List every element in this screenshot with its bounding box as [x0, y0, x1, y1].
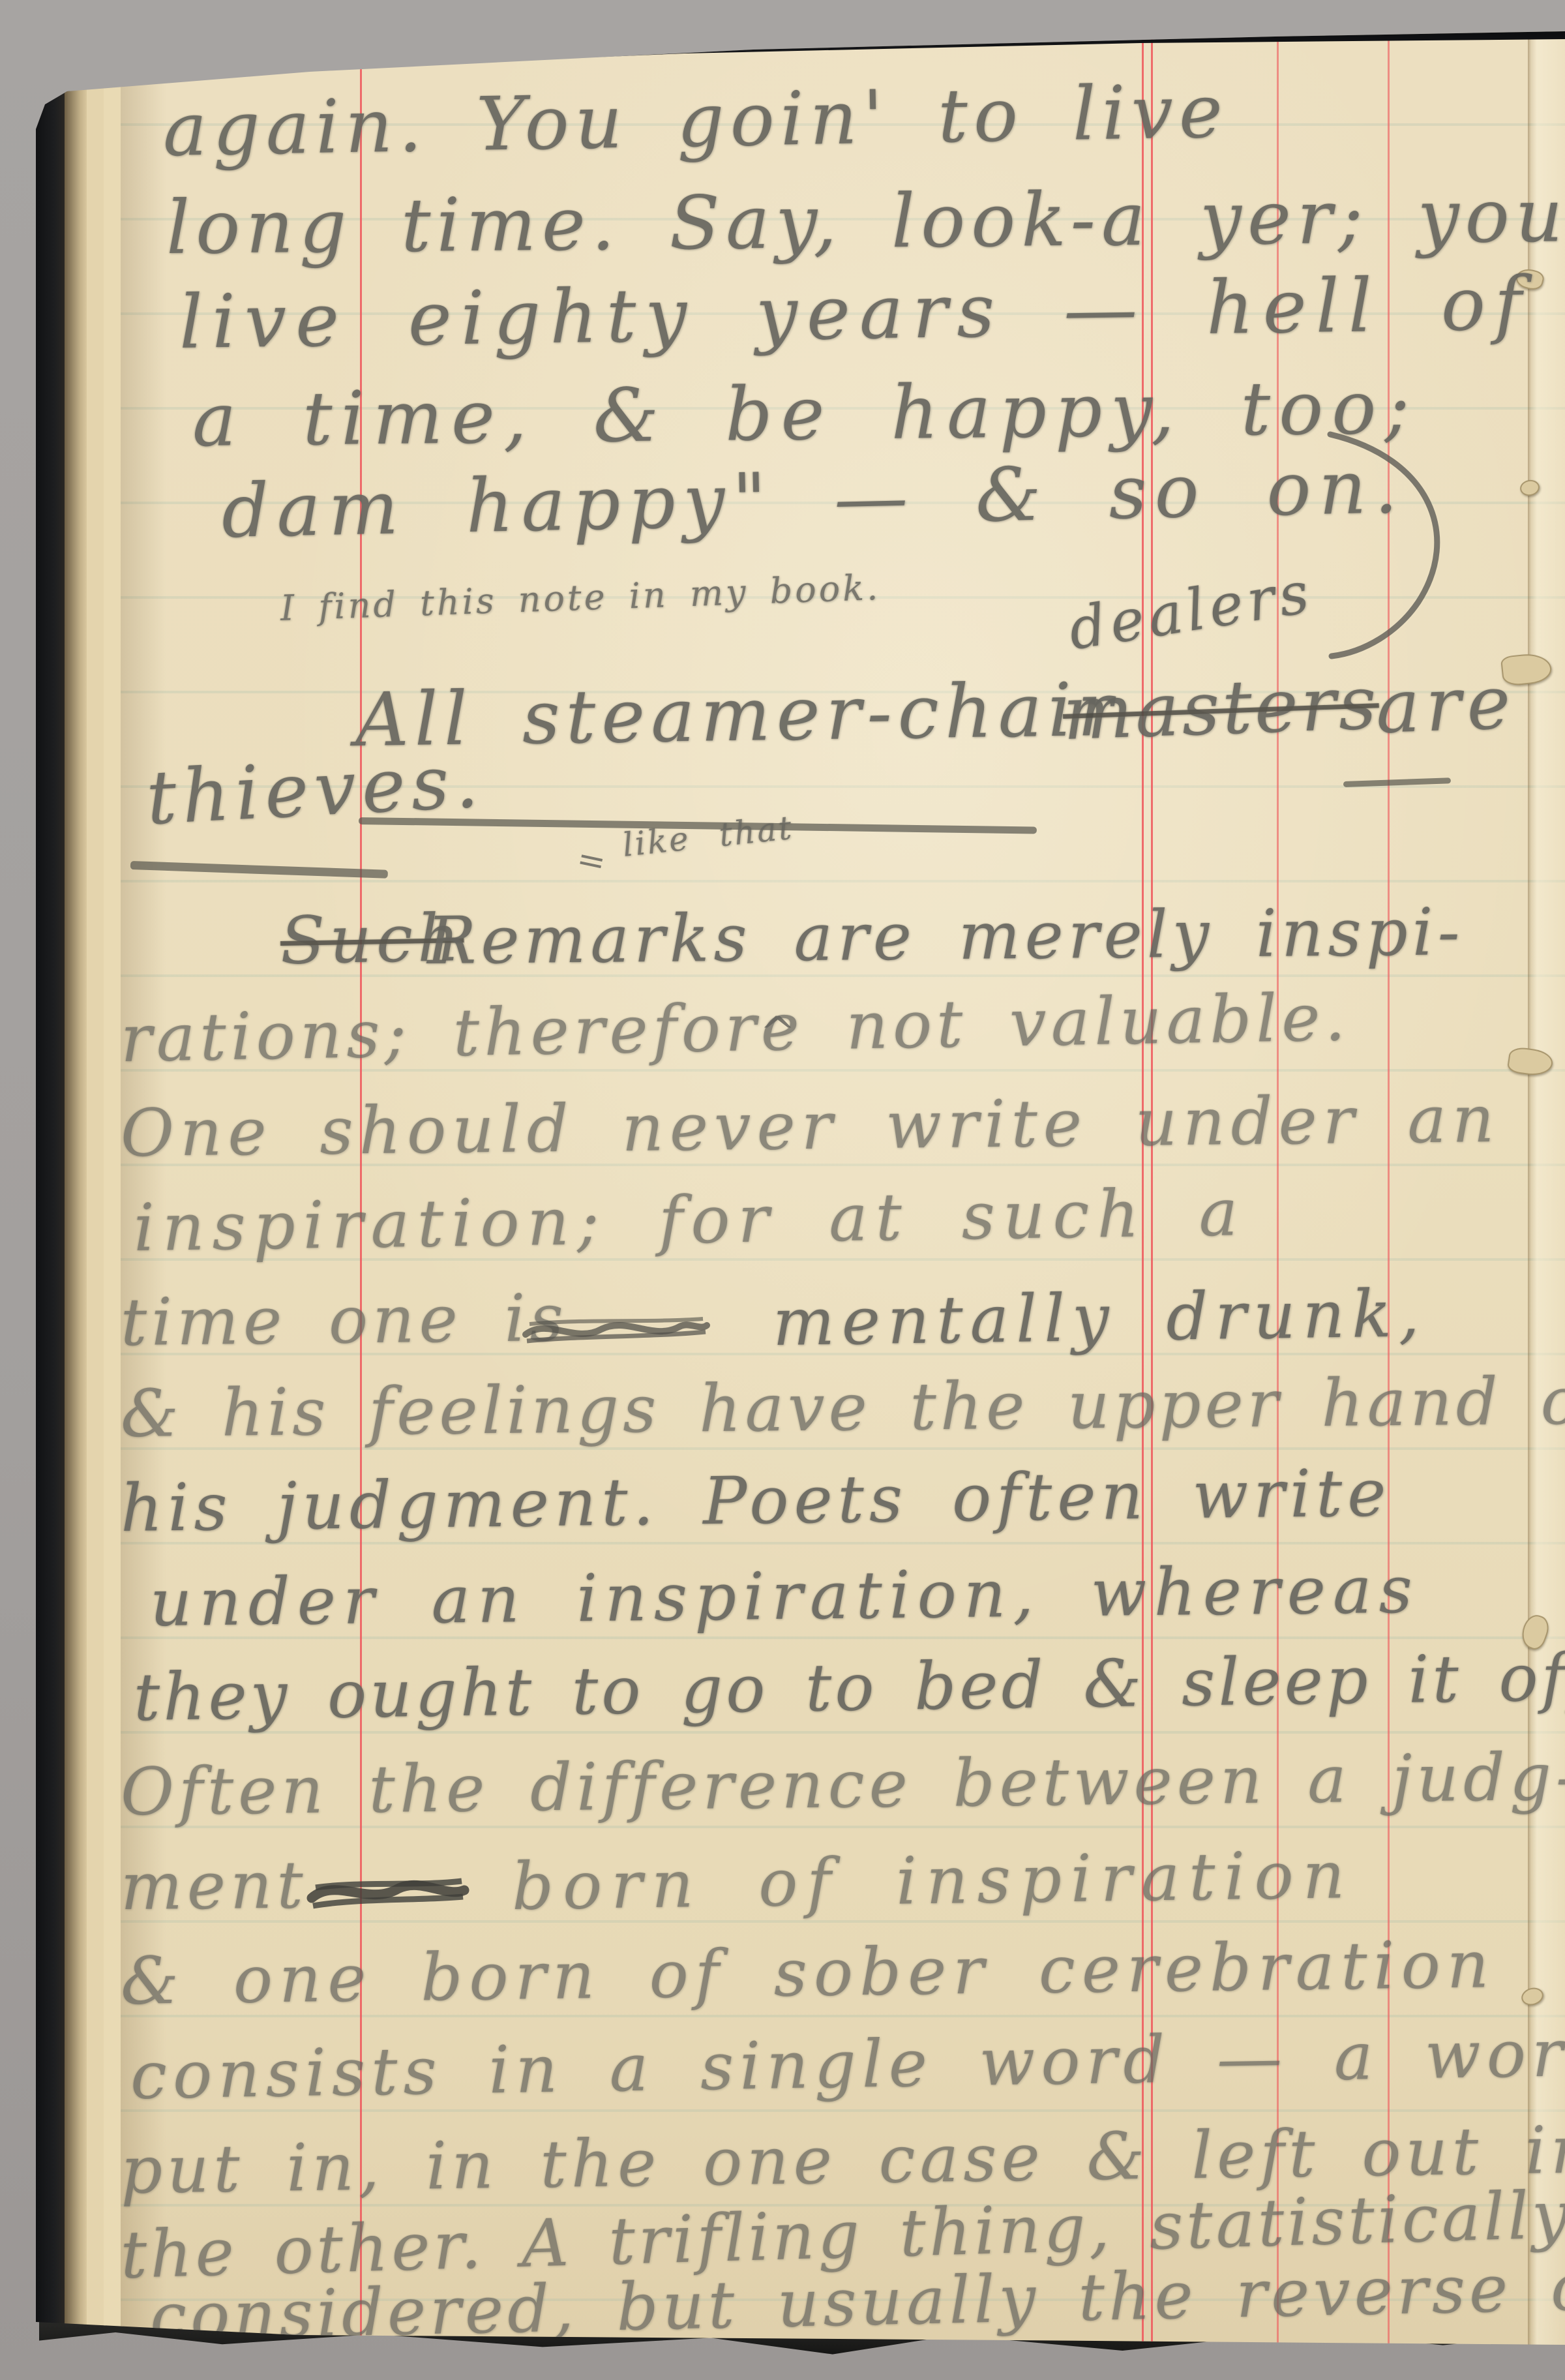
handwriting-line: live eighty years — hell of — [179, 265, 1531, 361]
closing-bracket-stroke — [1304, 423, 1474, 684]
handwriting-segment: born of inspiration — [511, 1841, 1354, 1921]
handwriting-line: Often the difference between a judg- — [120, 1743, 1565, 1826]
handwriting-line: again. You goin' to live — [162, 72, 1229, 168]
handwriting-line: his judgment. Poets often write — [120, 1458, 1392, 1543]
handwriting-segment: ment — [121, 1851, 308, 1921]
handwriting-line: thieves. — [145, 742, 486, 837]
insertion-mark: = — [573, 839, 609, 883]
handwriting-line: long time. Say, look-a yer; you — [166, 177, 1565, 266]
handwriting-line: a time, & be happy, too; — [192, 369, 1418, 459]
strikethrough-word: masters — [1062, 664, 1380, 752]
handwriting-line: under an inspiration, whereas — [149, 1556, 1420, 1637]
handwriting-line: dam happy" — & so on. — [221, 448, 1407, 550]
inserted-word-dealers: dealers — [1065, 562, 1317, 660]
page-edge-stack — [104, 31, 123, 2345]
notebook: again. You goin' to live long time. Say,… — [36, 31, 1565, 2345]
handwriting-segment: time one is — [120, 1284, 568, 1357]
handwriting-line: & one born of sober cerebration — [120, 1930, 1495, 2015]
interline-note: I find this note in my book. — [280, 569, 881, 627]
handwriting-segment: Remarks are merely inspi- — [427, 897, 1465, 975]
inserted-words-like-that: like that — [621, 811, 795, 863]
handwriting-line: rations; therefore not valuable. — [120, 983, 1350, 1073]
underline-stroke — [130, 861, 388, 879]
handwriting-line: they ought to go to bed & sleep it off. — [133, 1642, 1565, 1732]
page-edge-stack — [65, 31, 87, 2345]
notebook-page: again. You goin' to live long time. Say,… — [121, 31, 1565, 2345]
page-edge-stack — [87, 31, 106, 2345]
scribbled-out-word — [306, 1864, 469, 1923]
handwriting-segment: mentally drunk, — [772, 1279, 1427, 1357]
handwriting-line: inspiration; for at such a — [133, 1178, 1246, 1262]
scribbled-out-word — [522, 1303, 711, 1355]
handwriting-segment: are — [1375, 664, 1517, 746]
underline-stroke — [1343, 777, 1451, 787]
handwriting-line: consists in a single word — a word — [130, 2018, 1565, 2110]
handwriting-line: One should never write under an — [120, 1085, 1500, 1167]
handwriting-line: & his feelings have the upper hand of — [121, 1366, 1565, 1448]
